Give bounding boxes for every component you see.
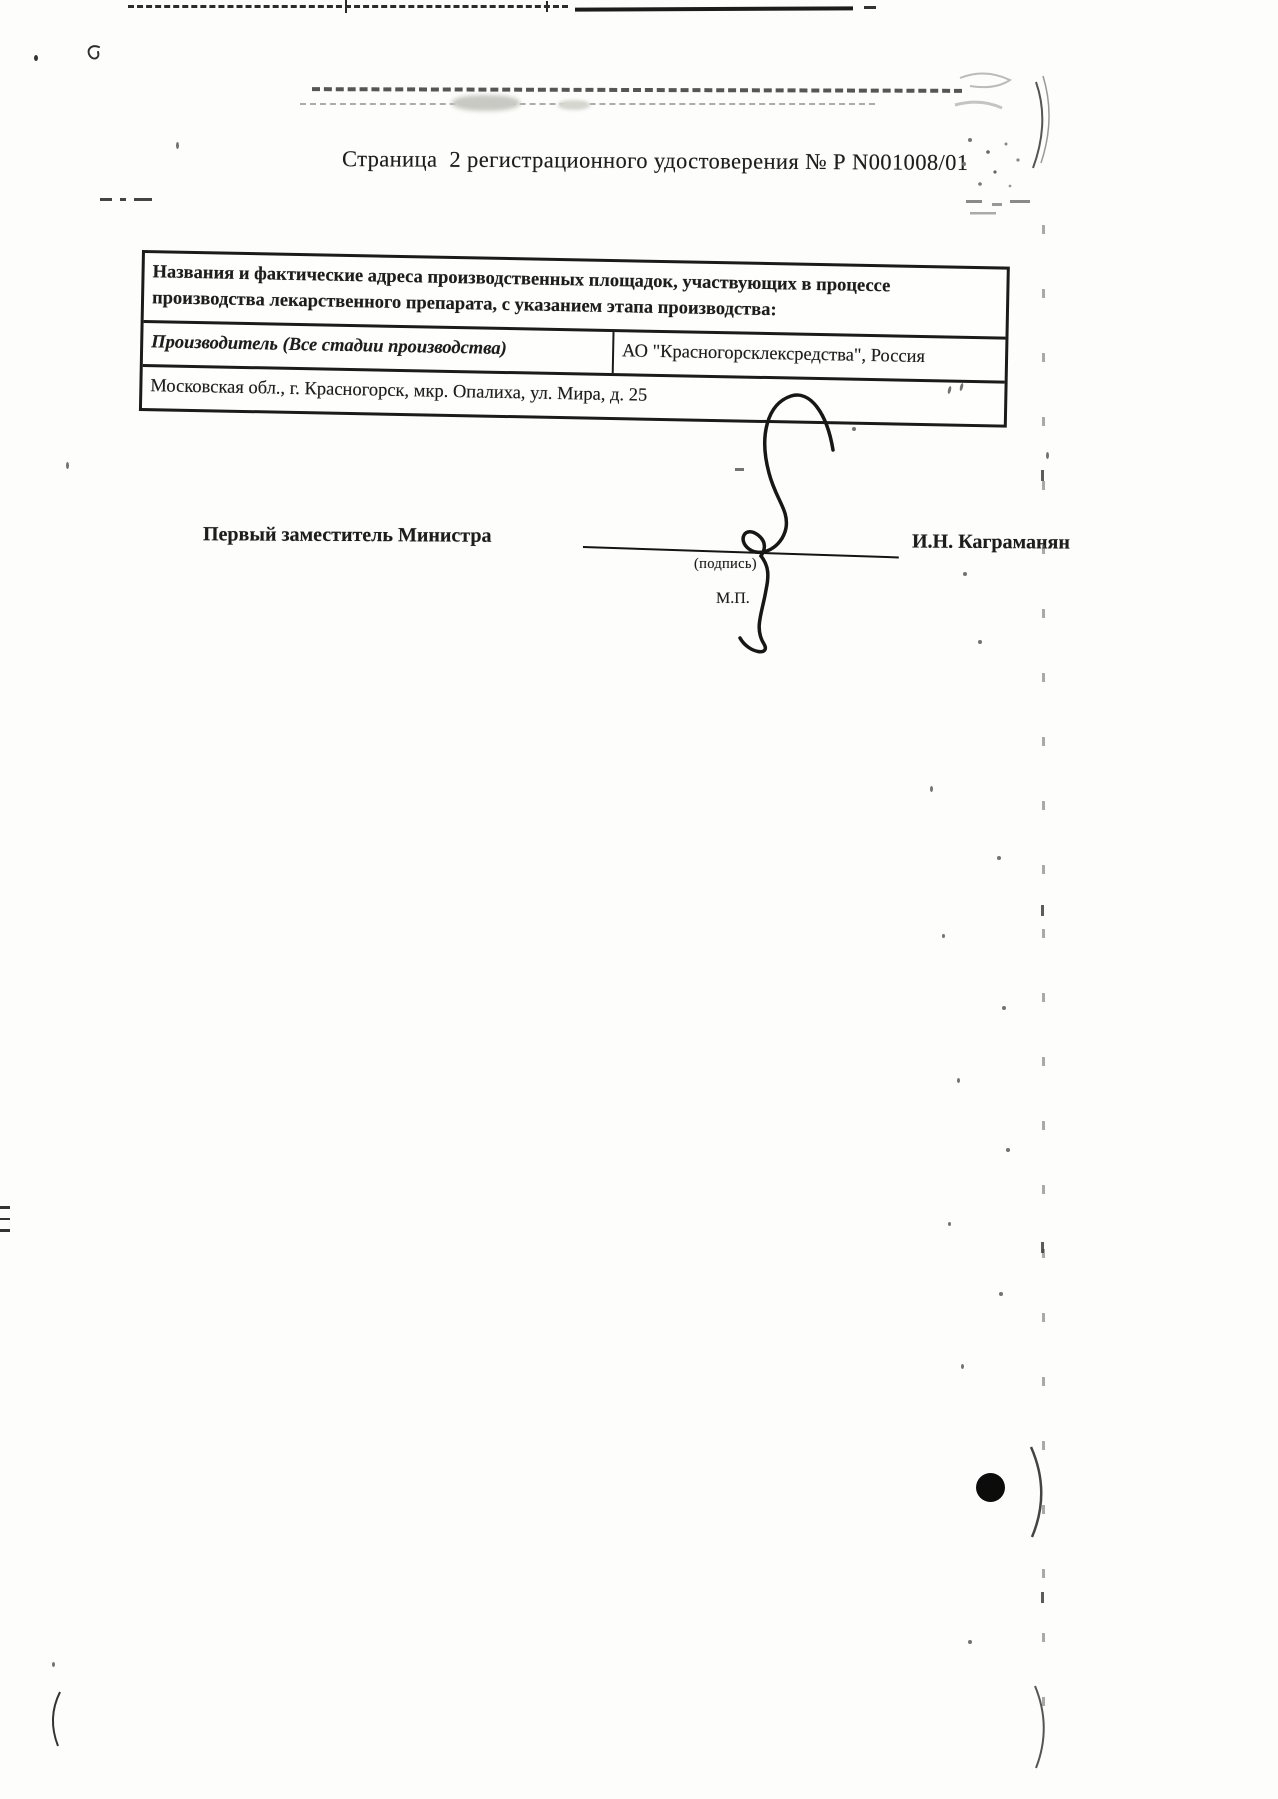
edge-tick xyxy=(1041,470,1044,481)
scan-speck xyxy=(176,142,179,149)
ink-speck xyxy=(34,55,38,61)
scanned-document-page: Страница 2 регистрационного удостоверени… xyxy=(0,0,1278,1799)
scan-speck xyxy=(968,1640,972,1644)
edge-tick xyxy=(1041,905,1044,916)
scan-smudge xyxy=(452,95,520,111)
edge-tick xyxy=(1041,1592,1044,1603)
signatory-name: И.Н. Каграманян xyxy=(912,530,1070,554)
edge-tick xyxy=(1041,1242,1044,1253)
scan-smudge xyxy=(558,100,590,110)
producer-name-cell: АО "Красногорсклексредства", Россия xyxy=(614,332,1006,380)
scan-speck xyxy=(930,786,933,792)
scan-speck xyxy=(852,427,856,431)
scan-dash-line-second xyxy=(312,87,962,93)
scan-noise-top-right xyxy=(940,60,1052,225)
scan-tick-mark xyxy=(546,1,548,12)
scan-speck xyxy=(997,856,1001,860)
scan-speck xyxy=(1046,452,1049,459)
edge-curve-mark xyxy=(1025,1442,1055,1542)
page-header: Страница 2 регистрационного удостоверени… xyxy=(342,146,969,176)
signatory-title: Первый заместитель Министра xyxy=(203,523,492,548)
edge-curve-mark xyxy=(1030,1682,1056,1772)
stray-parenthesis-mark xyxy=(44,1688,70,1750)
handwritten-signature xyxy=(715,388,885,678)
scan-speck xyxy=(66,462,69,469)
scan-speck xyxy=(942,934,945,938)
scan-dash-line-top xyxy=(128,5,568,8)
scan-speck xyxy=(1006,1148,1010,1152)
scan-dash-fragments xyxy=(100,198,160,216)
scan-speck xyxy=(978,640,982,644)
signature-caption: (подпись) xyxy=(694,556,757,573)
scan-solid-line-top xyxy=(575,6,853,11)
scan-speck xyxy=(1002,1006,1006,1010)
page-edge-ticks xyxy=(0,1206,10,1241)
pen-squiggle-mark xyxy=(84,42,104,64)
seal-placeholder: М.П. xyxy=(716,590,750,608)
scan-speck xyxy=(735,468,744,471)
ink-blot-dot xyxy=(976,1473,1005,1502)
scan-speck xyxy=(999,1292,1003,1296)
scan-speck xyxy=(948,1222,951,1226)
scan-speck xyxy=(957,1078,960,1083)
scan-speck xyxy=(52,1662,55,1667)
scan-tick-mark xyxy=(345,0,347,13)
scan-speck xyxy=(963,572,967,576)
scan-dash-fragment xyxy=(864,6,876,9)
scan-speck xyxy=(961,1364,964,1369)
producer-stage-cell: Производитель (Все стадии производства) xyxy=(143,323,615,373)
